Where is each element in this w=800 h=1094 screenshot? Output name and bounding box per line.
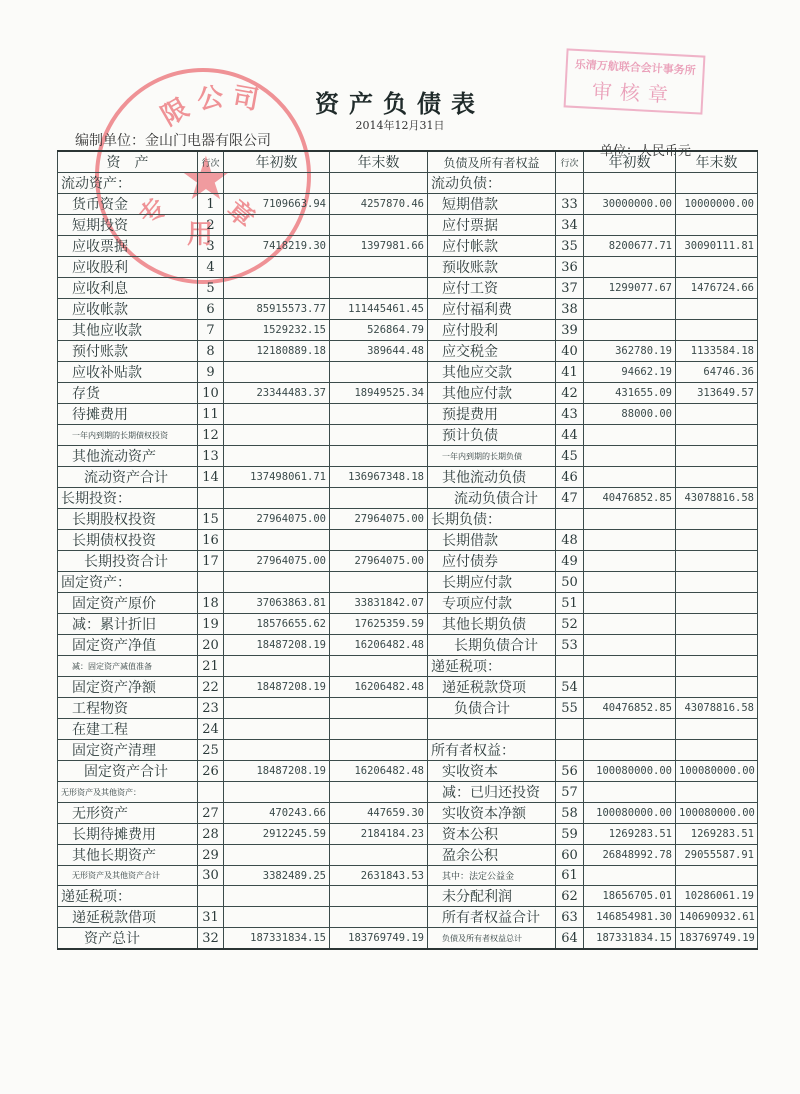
asset-begin-value: 12180889.18: [224, 341, 330, 362]
liability-row-no: 38: [556, 299, 584, 320]
liability-begin-value: 8200677.71: [584, 236, 676, 257]
table-row: 固定资产净额2218487208.1916206482.48递延税款贷项54: [58, 677, 758, 698]
asset-row-no: [198, 173, 224, 194]
liability-row-no: 63: [556, 907, 584, 928]
asset-row-no: [198, 572, 224, 593]
liability-row-no: 42: [556, 383, 584, 404]
liability-begin-value: [584, 656, 676, 677]
table-row: 一年内到期的长期债权投资12预计负债44: [58, 425, 758, 446]
liability-end-value: [676, 656, 758, 677]
header-row-no-right: 行次: [556, 151, 584, 173]
asset-begin-value: [224, 173, 330, 194]
liability-label: 实收资本: [428, 761, 556, 782]
liability-begin-value: 40476852.85: [584, 698, 676, 719]
liability-begin-value: [584, 593, 676, 614]
liability-row-no: 60: [556, 845, 584, 866]
asset-row-no: 28: [198, 824, 224, 845]
liability-end-value: [676, 740, 758, 761]
table-row: 减：累计折旧1918576655.6217625359.59其他长期负债52: [58, 614, 758, 635]
asset-label: 存货: [58, 383, 198, 404]
table-row: 短期投资2应付票据34: [58, 215, 758, 236]
liability-label: 长期借款: [428, 530, 556, 551]
asset-label: 减：累计折旧: [58, 614, 198, 635]
asset-row-no: 15: [198, 509, 224, 530]
liability-end-value: [676, 467, 758, 488]
table-row: 应收票据37418219.301397981.66应付帐款358200677.7…: [58, 236, 758, 257]
liability-label: 预计负债: [428, 425, 556, 446]
balance-sheet-table: 资 产 行次 年初数 年末数 负债及所有者权益 行次 年初数 年末数 流动资产：…: [57, 150, 758, 950]
header-assets: 资 产: [58, 151, 198, 173]
liability-end-value: [676, 635, 758, 656]
liability-begin-value: [584, 740, 676, 761]
liability-begin-value: [584, 572, 676, 593]
asset-end-value: 447659.30: [330, 803, 428, 824]
asset-row-no: 11: [198, 404, 224, 425]
asset-begin-value: [224, 719, 330, 740]
asset-row-no: 26: [198, 761, 224, 782]
table-row: 存货1023344483.3718949525.34其他应付款42431655.…: [58, 383, 758, 404]
table-row: 在建工程24: [58, 719, 758, 740]
liability-end-value: 140690932.61: [676, 907, 758, 928]
header-begin: 年初数: [224, 151, 330, 173]
asset-begin-value: 7418219.30: [224, 236, 330, 257]
table-row: 长期投资合计1727964075.0027964075.00应付债券49: [58, 551, 758, 572]
liability-begin-value: [584, 509, 676, 530]
asset-row-no: 13: [198, 446, 224, 467]
asset-row-no: 25: [198, 740, 224, 761]
asset-label: 长期债权投资: [58, 530, 198, 551]
table-row: 递延税款借项31所有者权益合计63146854981.30140690932.6…: [58, 907, 758, 928]
asset-label: 资产总计: [58, 928, 198, 950]
asset-row-no: 20: [198, 635, 224, 656]
liability-row-no: 41: [556, 362, 584, 383]
liability-begin-value: 1269283.51: [584, 824, 676, 845]
asset-end-value: 16206482.48: [330, 677, 428, 698]
asset-row-no: 18: [198, 593, 224, 614]
liability-end-value: 43078816.58: [676, 698, 758, 719]
asset-begin-value: [224, 488, 330, 509]
liability-end-value: 43078816.58: [676, 488, 758, 509]
asset-row-no: [198, 782, 224, 803]
liability-end-value: [676, 404, 758, 425]
liability-row-no: 49: [556, 551, 584, 572]
asset-end-value: [330, 886, 428, 907]
asset-label: 其他应收款: [58, 320, 198, 341]
asset-label: 减：固定资产减值准备: [58, 656, 198, 677]
asset-label: 预付账款: [58, 341, 198, 362]
liability-end-value: [676, 530, 758, 551]
liability-end-value: [676, 299, 758, 320]
liability-label: 应付福利费: [428, 299, 556, 320]
asset-end-value: 18949525.34: [330, 383, 428, 404]
asset-row-no: 3: [198, 236, 224, 257]
asset-row-no: 5: [198, 278, 224, 299]
asset-row-no: 9: [198, 362, 224, 383]
liability-label: 长期负债：: [428, 509, 556, 530]
asset-begin-value: 18487208.19: [224, 761, 330, 782]
table-row: 应收帐款685915573.77111445461.45应付福利费38: [58, 299, 758, 320]
table-row: 应收股利4预收账款36: [58, 257, 758, 278]
asset-row-no: 2: [198, 215, 224, 236]
table-row: 其他流动资产13一年内到期的长期负债45: [58, 446, 758, 467]
liability-begin-value: [584, 866, 676, 886]
asset-end-value: 17625359.59: [330, 614, 428, 635]
liability-begin-value: 94662.19: [584, 362, 676, 383]
liability-label: 短期借款: [428, 194, 556, 215]
asset-begin-value: [224, 740, 330, 761]
liability-end-value: 10286061.19: [676, 886, 758, 907]
liability-label: 所有者权益：: [428, 740, 556, 761]
asset-begin-value: 470243.66: [224, 803, 330, 824]
liability-begin-value: 30000000.00: [584, 194, 676, 215]
asset-label: 工程物资: [58, 698, 198, 719]
asset-row-no: 14: [198, 467, 224, 488]
asset-begin-value: 187331834.15: [224, 928, 330, 950]
liability-label: [428, 719, 556, 740]
asset-begin-value: 23344483.37: [224, 383, 330, 404]
liability-begin-value: [584, 425, 676, 446]
table-row: 递延税项：未分配利润6218656705.0110286061.19: [58, 886, 758, 907]
asset-row-no: 4: [198, 257, 224, 278]
liability-row-no: [556, 173, 584, 194]
liability-begin-value: [584, 257, 676, 278]
table-row: 长期股权投资1527964075.0027964075.00长期负债：: [58, 509, 758, 530]
liability-end-value: 183769749.19: [676, 928, 758, 950]
liability-begin-value: [584, 320, 676, 341]
asset-label: 无形资产及其他资产合计: [58, 866, 198, 886]
liability-label: 流动负债合计: [428, 488, 556, 509]
asset-label: 无形资产及其他资产：: [58, 782, 198, 803]
liability-end-value: [676, 614, 758, 635]
header-begin-right: 年初数: [584, 151, 676, 173]
asset-begin-value: [224, 782, 330, 803]
asset-row-no: [198, 886, 224, 907]
table-row: 工程物资23负债合计5540476852.8543078816.58: [58, 698, 758, 719]
asset-row-no: 12: [198, 425, 224, 446]
liability-end-value: [676, 425, 758, 446]
liability-end-value: [676, 593, 758, 614]
liability-row-no: 53: [556, 635, 584, 656]
table-row: 长期投资：流动负债合计4740476852.8543078816.58: [58, 488, 758, 509]
header-end-right: 年末数: [676, 151, 758, 173]
liability-row-no: 37: [556, 278, 584, 299]
asset-row-no: 24: [198, 719, 224, 740]
asset-end-value: [330, 656, 428, 677]
asset-end-value: 2184184.23: [330, 824, 428, 845]
liability-row-no: 62: [556, 886, 584, 907]
liability-label: 流动负债：: [428, 173, 556, 194]
liability-begin-value: [584, 677, 676, 698]
asset-label: 一年内到期的长期债权投资: [58, 425, 198, 446]
liability-label: 递延税款贷项: [428, 677, 556, 698]
liability-label: 其中：法定公益金: [428, 866, 556, 886]
asset-label: 流动资产合计: [58, 467, 198, 488]
asset-end-value: 4257870.46: [330, 194, 428, 215]
liability-row-no: 64: [556, 928, 584, 950]
asset-begin-value: 137498061.71: [224, 467, 330, 488]
asset-row-no: 10: [198, 383, 224, 404]
asset-end-value: 136967348.18: [330, 467, 428, 488]
asset-begin-value: 18487208.19: [224, 677, 330, 698]
table-header-row: 资 产 行次 年初数 年末数 负债及所有者权益 行次 年初数 年末数: [58, 151, 758, 173]
asset-begin-value: [224, 425, 330, 446]
asset-begin-value: [224, 446, 330, 467]
liability-row-no: 52: [556, 614, 584, 635]
asset-begin-value: 2912245.59: [224, 824, 330, 845]
asset-begin-value: 18487208.19: [224, 635, 330, 656]
asset-label: 短期投资: [58, 215, 198, 236]
liability-label: 其他长期负债: [428, 614, 556, 635]
liability-row-no: 44: [556, 425, 584, 446]
asset-row-no: 19: [198, 614, 224, 635]
liability-end-value: [676, 320, 758, 341]
table-row: 无形资产及其他资产合计303382489.252631843.53其中：法定公益…: [58, 866, 758, 886]
asset-row-no: 32: [198, 928, 224, 950]
asset-begin-value: 1529232.15: [224, 320, 330, 341]
asset-row-no: 16: [198, 530, 224, 551]
liability-row-no: 58: [556, 803, 584, 824]
asset-row-no: 29: [198, 845, 224, 866]
liability-end-value: 100080000.00: [676, 761, 758, 782]
asset-begin-value: 7109663.94: [224, 194, 330, 215]
liability-label: 应付帐款: [428, 236, 556, 257]
asset-begin-value: [224, 845, 330, 866]
liability-begin-value: [584, 467, 676, 488]
asset-begin-value: 3382489.25: [224, 866, 330, 886]
asset-end-value: [330, 173, 428, 194]
liability-label: 其他应交款: [428, 362, 556, 383]
liability-end-value: [676, 677, 758, 698]
asset-end-value: [330, 907, 428, 928]
asset-begin-value: [224, 698, 330, 719]
liability-begin-value: 100080000.00: [584, 761, 676, 782]
liability-row-no: 35: [556, 236, 584, 257]
liability-row-no: 45: [556, 446, 584, 467]
liability-label: 所有者权益合计: [428, 907, 556, 928]
liability-row-no: 34: [556, 215, 584, 236]
asset-row-no: 17: [198, 551, 224, 572]
liability-label: 应付股利: [428, 320, 556, 341]
liability-end-value: 1269283.51: [676, 824, 758, 845]
asset-end-value: [330, 215, 428, 236]
liability-begin-value: [584, 446, 676, 467]
asset-label: 固定资产净额: [58, 677, 198, 698]
asset-end-value: [330, 425, 428, 446]
asset-end-value: 1397981.66: [330, 236, 428, 257]
asset-end-value: [330, 530, 428, 551]
liability-end-value: [676, 446, 758, 467]
asset-label: 货币资金: [58, 194, 198, 215]
asset-label: 长期投资合计: [58, 551, 198, 572]
liability-label: 长期负债合计: [428, 635, 556, 656]
asset-begin-value: 85915573.77: [224, 299, 330, 320]
liability-begin-value: 187331834.15: [584, 928, 676, 950]
asset-label: 应收利息: [58, 278, 198, 299]
asset-end-value: [330, 740, 428, 761]
liability-label: 预收账款: [428, 257, 556, 278]
table-row: 其他长期资产29盈余公积6026848992.7829055587.91: [58, 845, 758, 866]
asset-row-no: 30: [198, 866, 224, 886]
asset-label: 其他流动资产: [58, 446, 198, 467]
liability-begin-value: [584, 173, 676, 194]
asset-begin-value: [224, 404, 330, 425]
header-row-no: 行次: [198, 151, 224, 173]
table-row: 预付账款812180889.18389644.48应交税金40362780.19…: [58, 341, 758, 362]
table-row: 资产总计32187331834.15183769749.19负债及所有者权益总计…: [58, 928, 758, 950]
liability-end-value: [676, 257, 758, 278]
asset-label: 固定资产：: [58, 572, 198, 593]
asset-row-no: 1: [198, 194, 224, 215]
asset-end-value: [330, 404, 428, 425]
liability-begin-value: [584, 719, 676, 740]
asset-end-value: [330, 782, 428, 803]
asset-begin-value: [224, 907, 330, 928]
asset-end-value: 389644.48: [330, 341, 428, 362]
liability-end-value: [676, 719, 758, 740]
asset-label: 递延税项：: [58, 886, 198, 907]
liability-begin-value: 18656705.01: [584, 886, 676, 907]
table-row: 流动资产合计14137498061.71136967348.18其他流动负债46: [58, 467, 758, 488]
liability-label: 其他流动负债: [428, 467, 556, 488]
liability-row-no: 43: [556, 404, 584, 425]
audit-stamp-org: 乐清万航联合会计事务所: [567, 55, 703, 78]
liability-end-value: 29055587.91: [676, 845, 758, 866]
liability-end-value: [676, 572, 758, 593]
asset-row-no: 27: [198, 803, 224, 824]
liability-end-value: 64746.36: [676, 362, 758, 383]
liability-label: 应交税金: [428, 341, 556, 362]
asset-label: 长期投资：: [58, 488, 198, 509]
liability-label: 专项应付款: [428, 593, 556, 614]
asset-label: 流动资产：: [58, 173, 198, 194]
liability-row-no: [556, 509, 584, 530]
asset-begin-value: [224, 257, 330, 278]
liability-row-no: 48: [556, 530, 584, 551]
asset-end-value: [330, 845, 428, 866]
liability-label: 减：已归还投资: [428, 782, 556, 803]
asset-label: 应收股利: [58, 257, 198, 278]
liability-label: 预提费用: [428, 404, 556, 425]
asset-row-no: 6: [198, 299, 224, 320]
liability-row-no: 59: [556, 824, 584, 845]
liability-label: 一年内到期的长期负债: [428, 446, 556, 467]
liability-end-value: [676, 782, 758, 803]
asset-row-no: 31: [198, 907, 224, 928]
liability-end-value: 100080000.00: [676, 803, 758, 824]
liability-begin-value: 362780.19: [584, 341, 676, 362]
liability-row-no: 36: [556, 257, 584, 278]
asset-end-value: 2631843.53: [330, 866, 428, 886]
liability-row-no: 54: [556, 677, 584, 698]
liability-row-no: 46: [556, 467, 584, 488]
table-row: 无形资产及其他资产：减：已归还投资57: [58, 782, 758, 803]
asset-end-value: [330, 572, 428, 593]
asset-end-value: [330, 362, 428, 383]
asset-begin-value: 27964075.00: [224, 509, 330, 530]
table-row: 固定资产合计2618487208.1916206482.48实收资本561000…: [58, 761, 758, 782]
liability-begin-value: [584, 782, 676, 803]
asset-end-value: 27964075.00: [330, 551, 428, 572]
prepared-by: 编制单位：金山门电器有限公司: [75, 130, 271, 150]
asset-label: 固定资产清理: [58, 740, 198, 761]
liability-begin-value: [584, 530, 676, 551]
table-row: 长期待摊费用282912245.592184184.23资本公积59126928…: [58, 824, 758, 845]
table-row: 待摊费用11预提费用4388000.00: [58, 404, 758, 425]
asset-begin-value: [224, 215, 330, 236]
asset-row-no: [198, 488, 224, 509]
liability-label: 应付债券: [428, 551, 556, 572]
asset-label: 应收补贴款: [58, 362, 198, 383]
asset-begin-value: [224, 278, 330, 299]
table-row: 长期债权投资16长期借款48: [58, 530, 758, 551]
asset-end-value: 27964075.00: [330, 509, 428, 530]
table-row: 固定资产清理25所有者权益：: [58, 740, 758, 761]
table-row: 应收补贴款9其他应交款4194662.1964746.36: [58, 362, 758, 383]
asset-label: 固定资产合计: [58, 761, 198, 782]
liability-label: 实收资本净额: [428, 803, 556, 824]
asset-end-value: 33831842.07: [330, 593, 428, 614]
liability-begin-value: [584, 299, 676, 320]
asset-row-no: 21: [198, 656, 224, 677]
liability-row-no: 51: [556, 593, 584, 614]
asset-end-value: [330, 719, 428, 740]
liability-begin-value: [584, 635, 676, 656]
asset-end-value: 111445461.45: [330, 299, 428, 320]
asset-label: 无形资产: [58, 803, 198, 824]
liability-begin-value: [584, 215, 676, 236]
asset-label: 应收票据: [58, 236, 198, 257]
liability-end-value: 10000000.00: [676, 194, 758, 215]
liability-row-no: 50: [556, 572, 584, 593]
liability-label: 资本公积: [428, 824, 556, 845]
asset-end-value: [330, 698, 428, 719]
liability-label: 长期应付款: [428, 572, 556, 593]
asset-label: 待摊费用: [58, 404, 198, 425]
asset-end-value: [330, 488, 428, 509]
asset-begin-value: [224, 572, 330, 593]
asset-end-value: [330, 257, 428, 278]
table-row: 货币资金17109663.944257870.46短期借款3330000000.…: [58, 194, 758, 215]
liability-label: 应付票据: [428, 215, 556, 236]
asset-begin-value: 18576655.62: [224, 614, 330, 635]
liability-end-value: [676, 173, 758, 194]
liability-end-value: [676, 551, 758, 572]
asset-label: 其他长期资产: [58, 845, 198, 866]
document-title: 资产负债表: [0, 84, 800, 119]
asset-label: 在建工程: [58, 719, 198, 740]
liability-end-value: 30090111.81: [676, 236, 758, 257]
asset-begin-value: [224, 362, 330, 383]
liability-begin-value: 26848992.78: [584, 845, 676, 866]
liability-row-no: [556, 719, 584, 740]
liability-row-no: 61: [556, 866, 584, 886]
asset-end-value: 16206482.48: [330, 761, 428, 782]
asset-end-value: 526864.79: [330, 320, 428, 341]
liability-begin-value: 431655.09: [584, 383, 676, 404]
liability-label: 递延税项：: [428, 656, 556, 677]
asset-label: 长期股权投资: [58, 509, 198, 530]
header-end: 年末数: [330, 151, 428, 173]
liability-end-value: [676, 866, 758, 886]
liability-label: 负债及所有者权益总计: [428, 928, 556, 950]
liability-label: 应付工资: [428, 278, 556, 299]
header-liabilities: 负债及所有者权益: [428, 151, 556, 173]
liability-end-value: 1476724.66: [676, 278, 758, 299]
table-row: 固定资产原价1837063863.8133831842.07专项应付款51: [58, 593, 758, 614]
asset-end-value: [330, 278, 428, 299]
asset-label: 递延税款借项: [58, 907, 198, 928]
liability-row-no: [556, 656, 584, 677]
